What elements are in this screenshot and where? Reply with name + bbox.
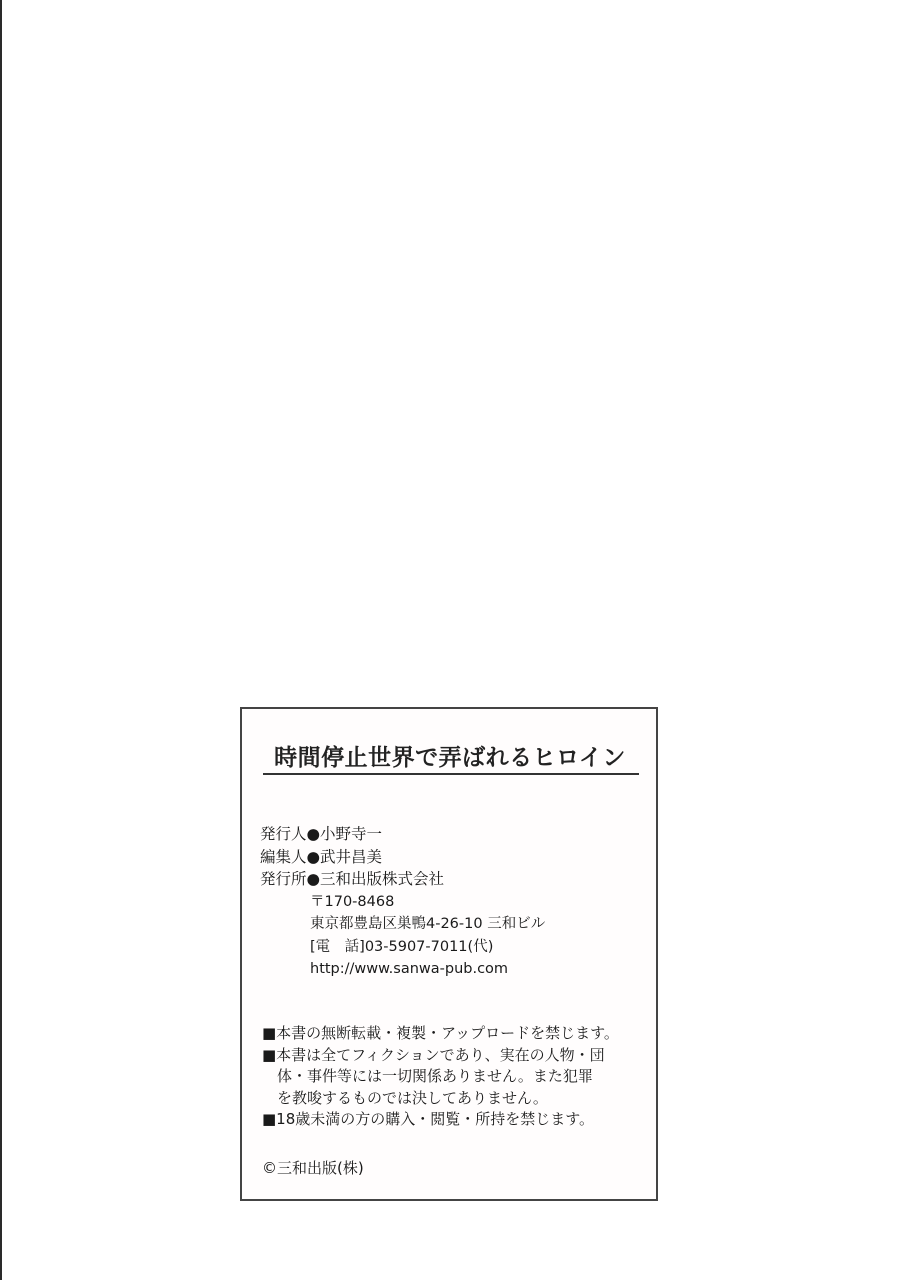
page-edge-line (0, 0, 2, 1280)
address: 東京都豊島区巣鴨4-26-10 三和ビル (260, 913, 545, 936)
editor-person: 編集人●武井昌美 (260, 846, 545, 869)
website-url: http://www.sanwa-pub.com (260, 958, 545, 981)
publisher-company: 発行所●三和出版株式会社 (260, 868, 545, 891)
copyright-notice: ©三和出版(株) (262, 1157, 364, 1178)
publisher-person: 発行人●小野寺一 (260, 823, 545, 846)
book-title: 時間停止世界で弄ばれるヒロイン (262, 739, 638, 775)
postal-code: 〒170-8468 (260, 891, 545, 914)
phone-number: [電 話]03-5907-7011(代) (260, 936, 545, 959)
colophon-box: 時間停止世界で弄ばれるヒロイン 発行人●小野寺一 編集人●武井昌美 発行所●三和… (240, 707, 658, 1201)
credits-block: 発行人●小野寺一 編集人●武井昌美 発行所●三和出版株式会社 〒170-8468… (260, 823, 545, 981)
notice-age-restriction: ■18歳未満の方の購入・閲覧・所持を禁じます。 (262, 1109, 654, 1131)
notice-fiction-line1: ■本書は全てフィクションであり、実在の人物・団 (262, 1045, 654, 1067)
title-underline (263, 773, 639, 775)
notice-fiction-line2: 体・事件等には一切関係ありません。また犯罪 (262, 1066, 654, 1088)
notice-no-reproduction: ■本書の無断転載・複製・アップロードを禁じます。 (262, 1023, 654, 1045)
notice-fiction-line3: を教唆するものでは決してありません。 (262, 1088, 654, 1110)
notices-block: ■本書の無断転載・複製・アップロードを禁じます。 ■本書は全てフィクションであり… (262, 1023, 654, 1131)
